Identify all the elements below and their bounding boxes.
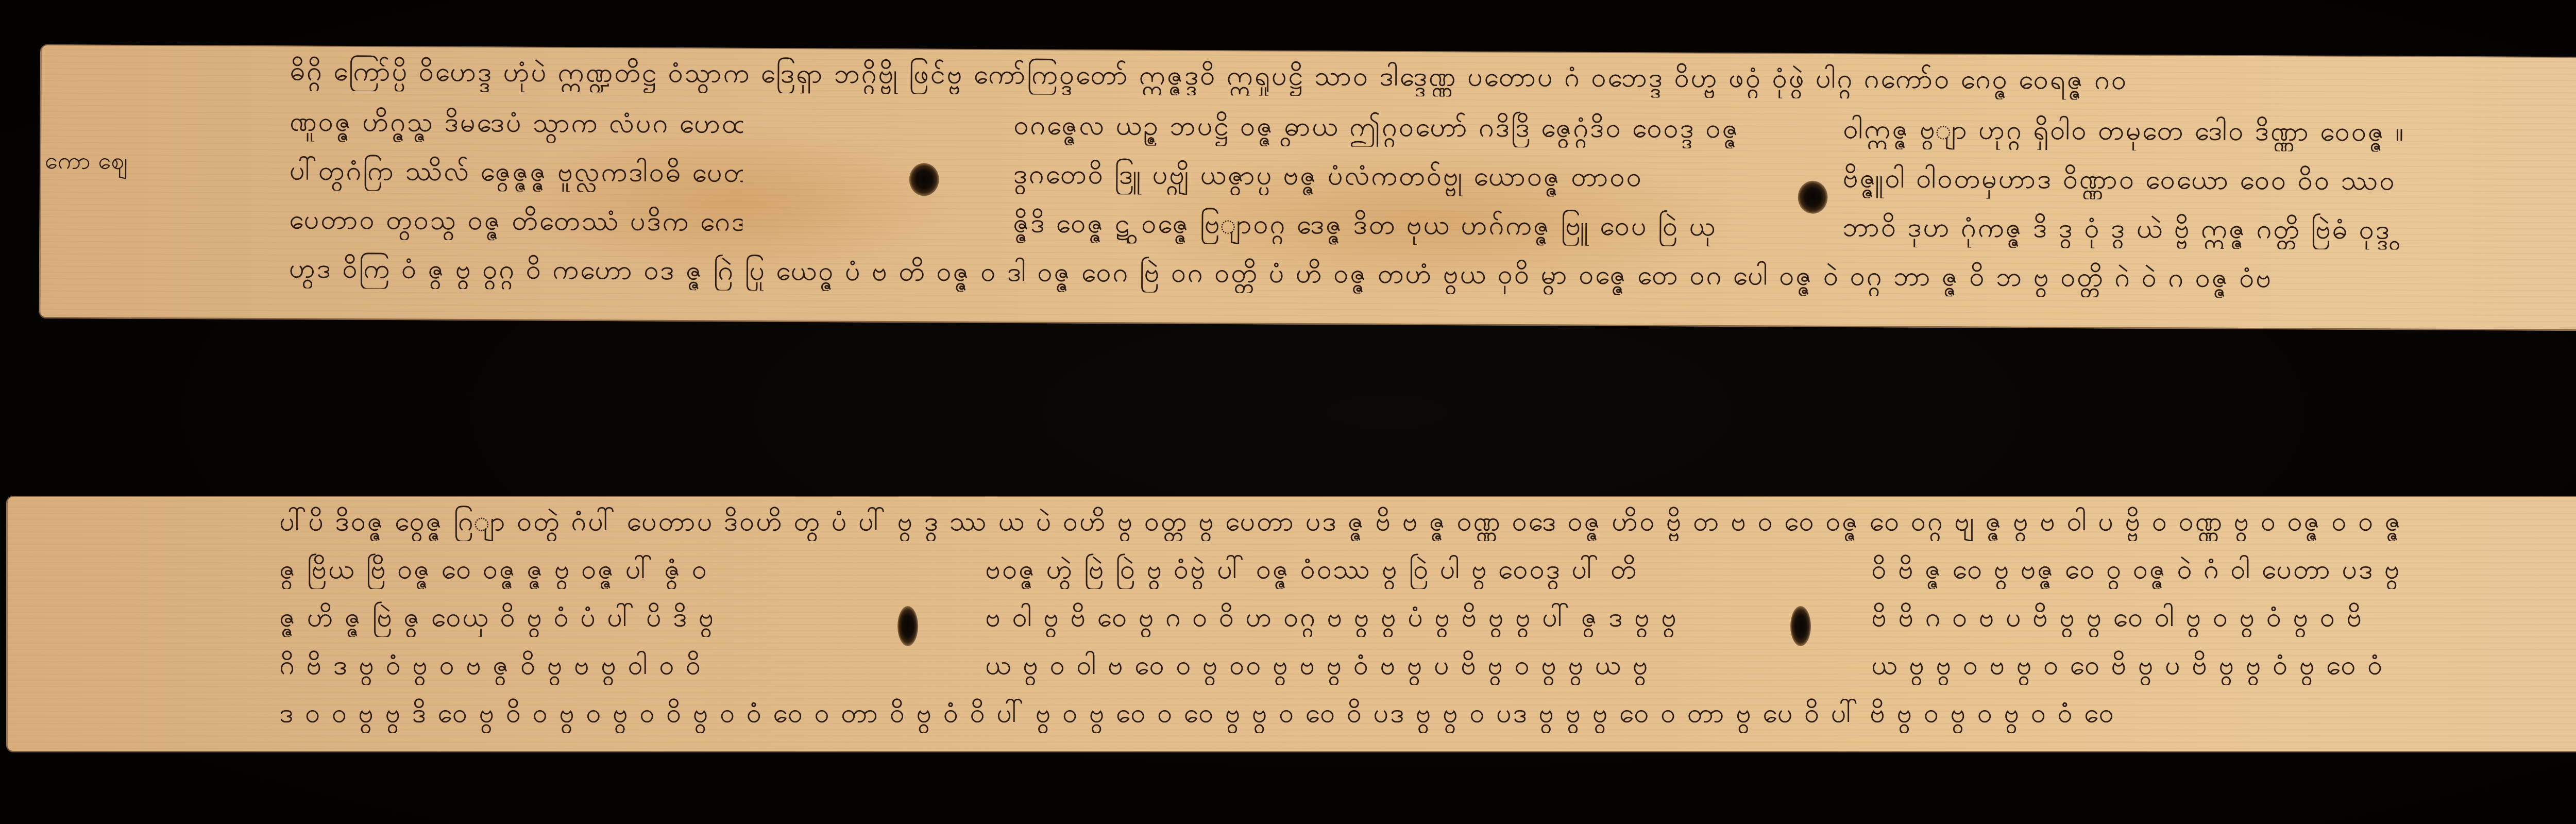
text-line-2-col-3: ဝါဣဇ္ဇ ဗွျာ ဟုဂ္ဂ ရှိဝါဝ တမုတေ ဒေါဝ ဒိဏ္… (1843, 110, 2420, 152)
text-line-2-col-1: ဇွ ဗြိယ ဗြိ ဝဇ္ဇ ဝေ ဝဇ္ဇ ဇ္ဇ ဗွ ဝဇ္ဇ ပါ်… (279, 550, 712, 589)
string-hole (1798, 181, 1827, 214)
palm-leaf-top: ကော ဈေ ဓိဂ္ဂိ ကြော်ပ္ပိ ဝိဟေဒ္ဒ ဟုံပဲ ဣဏ… (39, 44, 2576, 331)
string-hole (909, 163, 939, 196)
text-line-5: ဟွဒ ဝိကြ ဝံ ဇွ ဗွ ဝွဂ္ဂ ဝိ ကဟော ဝဒ ဇ္ဇ ဂ… (289, 249, 2453, 299)
text-line-2-col-1: ဏူဝဇ္ဇ ဟိဂ္ဇ္ဇသ ဒိမဒေပံ သွာက လံပဂ ဟေထာ တ… (290, 102, 743, 143)
text-line-4-col-3: ဘာဝိ ဒုဟ ဂုံကဇ္ဇ ဒိ ဒွ ဝုံ ဒွ ယဲ ဗ္ဗိ ဣဇ… (1842, 208, 2419, 249)
text-line-3-col-1: ဇ္ဇ ဟိ ဇ္ဇ ဗြဲ ဇွ ဝေယှ ဝိ ဗွ ဝံ ပံ ပါ် ပ… (279, 598, 712, 637)
folio-mark: ကော ဈေ (45, 145, 128, 176)
text-line-4-col-1: ဂိ ဗိ ဒ ဗွ ဝံ ဗွ ဝ ဗ ဇွ ဝိ ဗွ ဗ ဗွ ဝါ ဝ … (279, 646, 712, 685)
text-line-2-col-2: ဗဝဇ္ဇ ဟွဲ ဗြဲ ဝြဲ ဗွ ဝံဗွဲ ပါ် ဝဇ္ဇ ဝံဝဿ… (985, 550, 1742, 589)
text-line-4-col-2: ဇ္ဇိဒိ ဝေဇ္ဇ ဋွ ဝဇ္ဇေ ဗြျာဝဂ္ဂ ဒေဇ္ဇ ဒိတ… (1013, 204, 1786, 246)
text-line-4-col-1: ပေတာဝ တွဝသွ ဝဇ္ဇ တိတေဿံ ပဒိက ဂေဒဇ္ဇ ဒုဗ္… (289, 200, 742, 241)
text-line-3-col-3: ဗိဇ္ဇူဝါ ဝါဝတမှဟာဒ ဝိဏ္ဏာဝ ဝေယော ဝေဝ ဝိဝ… (1843, 159, 2420, 200)
string-hole (1790, 606, 1811, 646)
string-hole (897, 606, 918, 646)
text-line-5: ဒ ဝ ဝ ဗွ ဗွ ဒိ ဝေ ဗွ ဝိ ဝ ဗွ ဝ ဗွ ဝ ဝိ ဗ… (279, 694, 2443, 733)
text-line-4-col-3: ယ ဗွ ဗွ ဝ ဗ ဗွ ဝ ဝေ ဗိ ဗွ ပ ဗိ ဗွ ဗွ ဝံ … (1871, 646, 2417, 685)
palm-leaf-bottom: ပါ်ပိ ဒိဝဇ္ဇ ဝွေဇ္ဇ ဂြျာ ဝတွဲ ဂံပါ် ပေတာ… (6, 496, 2576, 752)
text-line-2-col-3: ဝိ ဗိ ဇ္ဇ ဝေ ဗွ ဗဇ္ဇ ဝေ ဝွ ဝဇ္ဇ ဝဲ ဂံ ဝါ… (1871, 550, 2417, 589)
text-line-4-col-2: ယ ဗွ ဝ ဝါ ဗ ဝေ ဝ ဗွ ဝဝ ဗွ ဗ ဗွ ဝံ ဗ ဗွ ပ… (985, 646, 1742, 685)
text-line-3-col-2: ဗ ဝါ ဗွ ဗိ ဝေ ဗွ ဂ ဝ ဝိ ဟ ဝဂ္ဂ ဗ ဗွ ဗွ ပ… (985, 598, 1742, 637)
text-line-1: ပါ်ပိ ဒိဝဇ္ဇ ဝွေဇ္ဇ ဂြျာ ဝတွဲ ဂံပါ် ပေတာ… (279, 502, 2443, 541)
text-line-3-col-2: ဒွဂတေဝိ ဒြူ ပဗ္ဂျိ ယဇွာပ္ပ ဗဇ္ဇ ပံလံကတဝ်… (1013, 155, 1786, 197)
text-line-1: ဓိဂ္ဂိ ကြော်ပ္ပိ ဝိဟေဒ္ဒ ဟုံပဲ ဣဏ္ဍတိဋ္ဌ… (290, 52, 2454, 102)
text-line-3-col-3: ဗိ ဗိ ဂ ဝ ဗ ပ ဗိ ဗွ ဗွ ဝေ ဝါ ဗွ ဝ ဗွ ဝံ … (1871, 598, 2417, 637)
text-line-3-col-1: ပါ်တွဂံဂြာ ဿိလ် ဇွေဇ္ဇဇ္ဇ ဗူလ္လကဒါဝဓိ ပေ… (290, 151, 743, 192)
text-line-2-col-2: ဝဂဇ္ဇေလ ယဉ္ဇ ဘပဋ္ဌိ ဝဇ္ဇွ ဓာယ ဤဂ္ဂဝဟော် … (1013, 106, 1786, 148)
